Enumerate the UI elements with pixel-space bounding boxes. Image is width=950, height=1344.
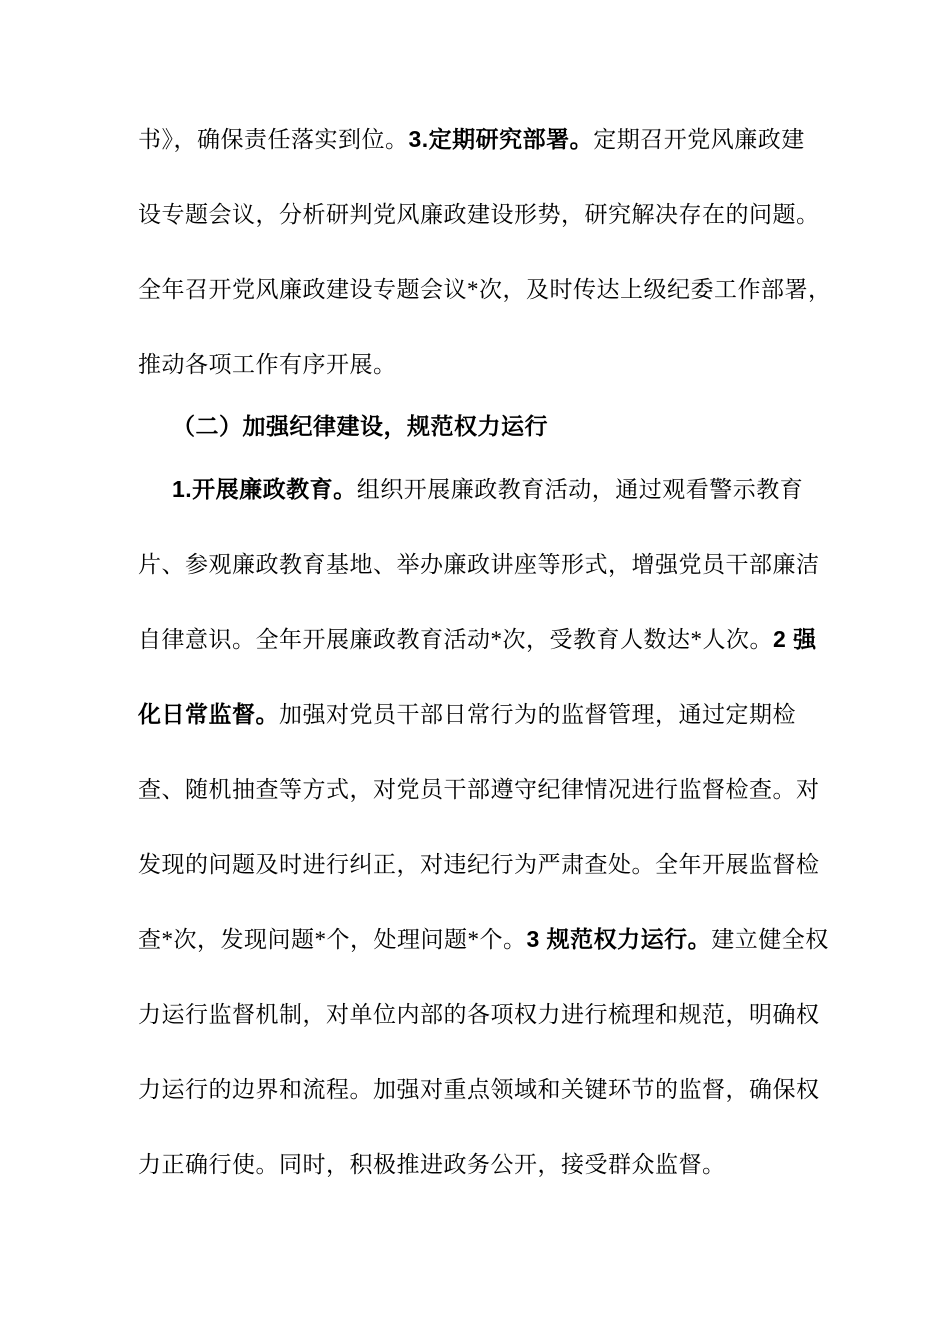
text-run: 力正确行使。同时，积极推进政务公开，接受群众监督。 — [138, 1152, 726, 1177]
text-line: 书》，确保责任落实到位。3.定期研究部署。定期召开党风廉政建 — [138, 102, 858, 177]
paragraph-discipline: 1.开展廉政教育。组织开展廉政教育活动，通过观看警示教育片、参观廉政教育基地、举… — [138, 452, 858, 1202]
text-line: 片、参观廉政教育基地、举办廉政讲座等形式，增强党员干部廉洁 — [138, 527, 858, 602]
text-line: 1.开展廉政教育。组织开展廉政教育活动，通过观看警示教育 — [138, 452, 858, 527]
text-line: 力正确行使。同时，积极推进政务公开，接受群众监督。 — [138, 1127, 858, 1202]
text-run: 设专题会议，分析研判党风廉政建设形势，研究解决存在的问题。 — [138, 202, 820, 227]
text-run: 加强对党员干部日常行为的监督管理，通过定期检 — [279, 702, 796, 727]
text-run: 全年召开党风廉政建设专题会议*次，及时传达上级纪委工作部署， — [138, 277, 832, 302]
bold-text-run: （二）加强纪律建设，规范权力运行 — [172, 413, 548, 439]
bold-text-run: 3.定期研究部署。 — [409, 126, 594, 152]
text-line: 力运行的边界和流程。加强对重点领域和关键环节的监督，确保权 — [138, 1052, 858, 1127]
text-run: 力运行的边界和流程。加强对重点领域和关键环节的监督，确保权 — [138, 1077, 820, 1102]
text-line: 设专题会议，分析研判党风廉政建设形势，研究解决存在的问题。 — [138, 177, 858, 252]
text-line: 化日常监督。加强对党员干部日常行为的监督管理，通过定期检 — [138, 677, 858, 752]
text-run: 自律意识。全年开展廉政教育活动*次，受教育人数达*人次。 — [138, 627, 773, 652]
text-run: 发现的问题及时进行纠正，对违纪行为严肃查处。全年开展监督检 — [138, 852, 820, 877]
text-run: 书》，确保责任落实到位。 — [138, 127, 409, 152]
text-run: 定期召开党风廉政建 — [593, 127, 805, 152]
bold-text-run: 化日常监督。 — [138, 701, 279, 727]
bold-text-run: 3 规范权力运行。 — [527, 926, 712, 952]
text-line: 查、随机抽查等方式，对党员干部遵守纪律情况进行监督检查。对 — [138, 752, 858, 827]
text-line: 自律意识。全年开展廉政教育活动*次，受教育人数达*人次。2 强 — [138, 602, 858, 677]
text-run: 片、参观廉政教育基地、举办廉政讲座等形式，增强党员干部廉洁 — [138, 552, 820, 577]
paragraph-continuation: 书》，确保责任落实到位。3.定期研究部署。定期召开党风廉政建设专题会议，分析研判… — [138, 102, 858, 402]
text-line: 力运行监督机制，对单位内部的各项权力进行梳理和规范，明确权 — [138, 977, 858, 1052]
text-run: 查*次，发现问题*个，处理问题*个。 — [138, 927, 527, 952]
text-run: 查、随机抽查等方式，对党员干部遵守纪律情况进行监督检查。对 — [138, 777, 820, 802]
bold-text-run: 1.开展廉政教育。 — [172, 476, 357, 502]
text-line: 全年召开党风廉政建设专题会议*次，及时传达上级纪委工作部署， — [138, 252, 858, 327]
bold-text-run: 2 强 — [773, 626, 817, 652]
text-line: 发现的问题及时进行纠正，对违纪行为严肃查处。全年开展监督检 — [138, 827, 858, 902]
document-page: 书》，确保责任落实到位。3.定期研究部署。定期召开党风廉政建设专题会议，分析研判… — [0, 0, 950, 1344]
text-line: 查*次，发现问题*个，处理问题*个。3 规范权力运行。建立健全权 — [138, 902, 858, 977]
text-run: 力运行监督机制，对单位内部的各项权力进行梳理和规范，明确权 — [138, 1002, 820, 1027]
text-run: 建立健全权 — [711, 927, 829, 952]
text-run: 组织开展廉政教育活动，通过观看警示教育 — [357, 477, 804, 502]
text-run: 推动各项工作有序开展。 — [138, 352, 397, 377]
